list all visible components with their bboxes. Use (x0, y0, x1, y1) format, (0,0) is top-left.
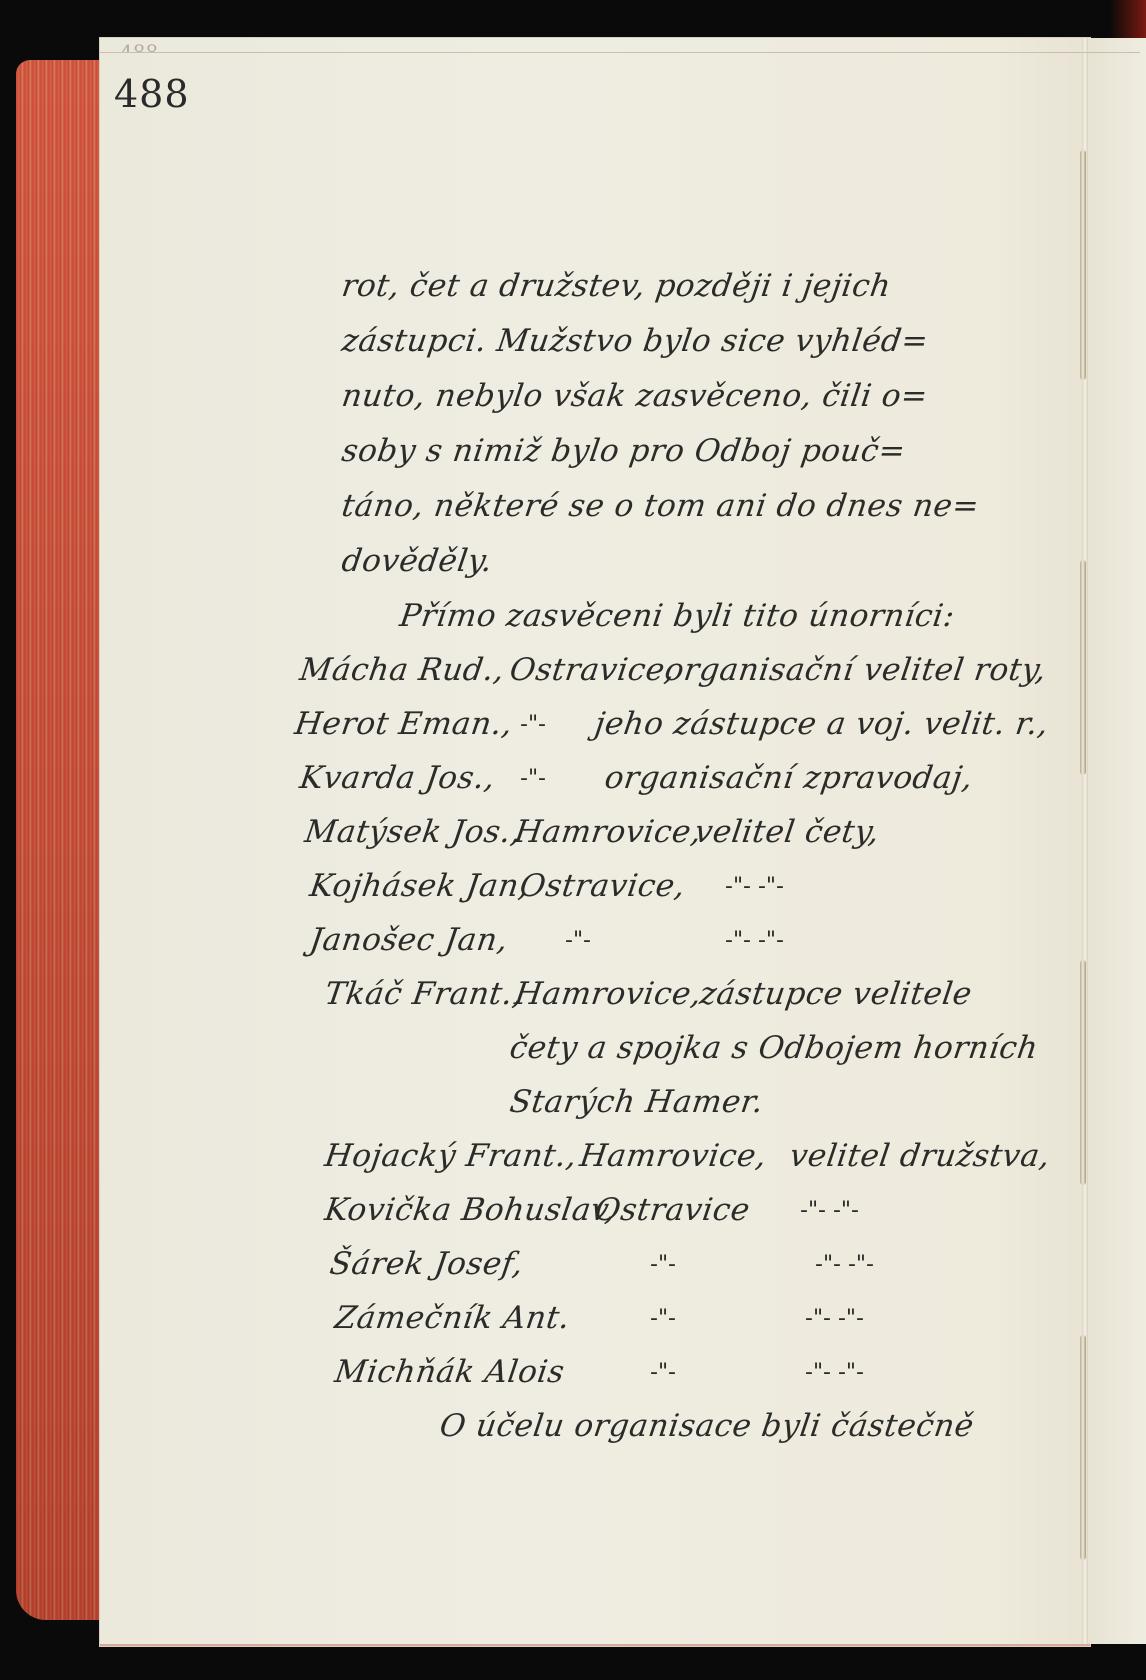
member-role: organisační velitel roty, (662, 652, 1048, 688)
member-place: -"- (565, 928, 591, 953)
member-place: Hamrovice, (512, 976, 703, 1012)
text-line: soby s nimiž bylo pro Odboj pouč= (339, 433, 907, 469)
member-name: Janošec Jan, (307, 922, 510, 958)
text-line: táno, některé se o tom ani do dnes ne= (339, 488, 981, 524)
member-place: -"- (650, 1360, 676, 1385)
member-place: -"- (650, 1252, 676, 1277)
member-role: -"- -"- (805, 1360, 864, 1385)
closing-text-line: O účelu organisace byli částečně (437, 1408, 976, 1444)
member-role: velitel družstva, (787, 1138, 1052, 1174)
binding-stitch (1080, 1335, 1086, 1560)
member-name: Michňák Alois (332, 1354, 566, 1390)
member-role: organisační zpravodaj, (602, 760, 975, 796)
book-fore-edge (16, 60, 106, 1620)
member-role: -"- -"- (725, 928, 784, 953)
member-place: Ostravice, (517, 868, 687, 904)
binding-stitch (1080, 960, 1086, 1185)
member-role: zástupce velitele (697, 976, 974, 1012)
member-name: Kvarda Jos., (297, 760, 497, 796)
member-role-continued: Starých Hamer. (507, 1084, 765, 1120)
text-line: zástupci. Mužstvo bylo sice vyhléd= (339, 323, 930, 359)
ghost-page-number: 488 (120, 40, 158, 52)
member-role: -"- -"- (815, 1252, 874, 1277)
text-line: nuto, nebylo však zasvěceno, čili o= (339, 378, 930, 414)
member-name: Mácha Rud., (297, 652, 506, 688)
member-name: Matýsek Jos., (302, 814, 523, 850)
member-role-continued: čety a spojka s Odbojem horních (507, 1030, 1040, 1066)
member-role: -"- -"- (725, 874, 784, 899)
text-line: dověděly. (339, 543, 494, 579)
member-role: -"- -"- (800, 1198, 859, 1223)
member-place: -"- (650, 1306, 676, 1331)
member-name: Herot Eman., (292, 706, 514, 742)
member-name: Tkáč Frant., (322, 976, 525, 1012)
text-line: rot, čet a družstev, později i jejich (339, 268, 893, 304)
member-role: velitel čety, (692, 814, 881, 850)
text-line: Přímo zasvěceni byli tito únorníci: (397, 598, 956, 634)
member-place: -"- (520, 766, 546, 791)
member-name: Kojhásek Jan, (307, 868, 531, 904)
member-place: Hamrovice, (512, 814, 703, 850)
page-number: 488 (114, 72, 190, 116)
member-name: Kovička Bohuslav, (322, 1192, 618, 1228)
member-name: Zámečník Ant. (332, 1300, 572, 1336)
binding-stitch (1080, 560, 1086, 775)
member-name: Hojacký Frant., (322, 1138, 579, 1174)
member-name: Šárek Josef, (327, 1246, 525, 1282)
member-role: jeho zástupce a voj. velit. r., (592, 706, 1050, 742)
member-place: -"- (520, 712, 546, 737)
page-top-edge-line (100, 52, 1140, 53)
member-role: -"- -"- (805, 1306, 864, 1331)
binding-stitch (1080, 150, 1086, 380)
facing-page-edge (1086, 38, 1146, 1644)
member-place: Ostravice (592, 1192, 752, 1228)
member-place: Ostravice, (507, 652, 677, 688)
member-place: Hamrovice, (577, 1138, 768, 1174)
